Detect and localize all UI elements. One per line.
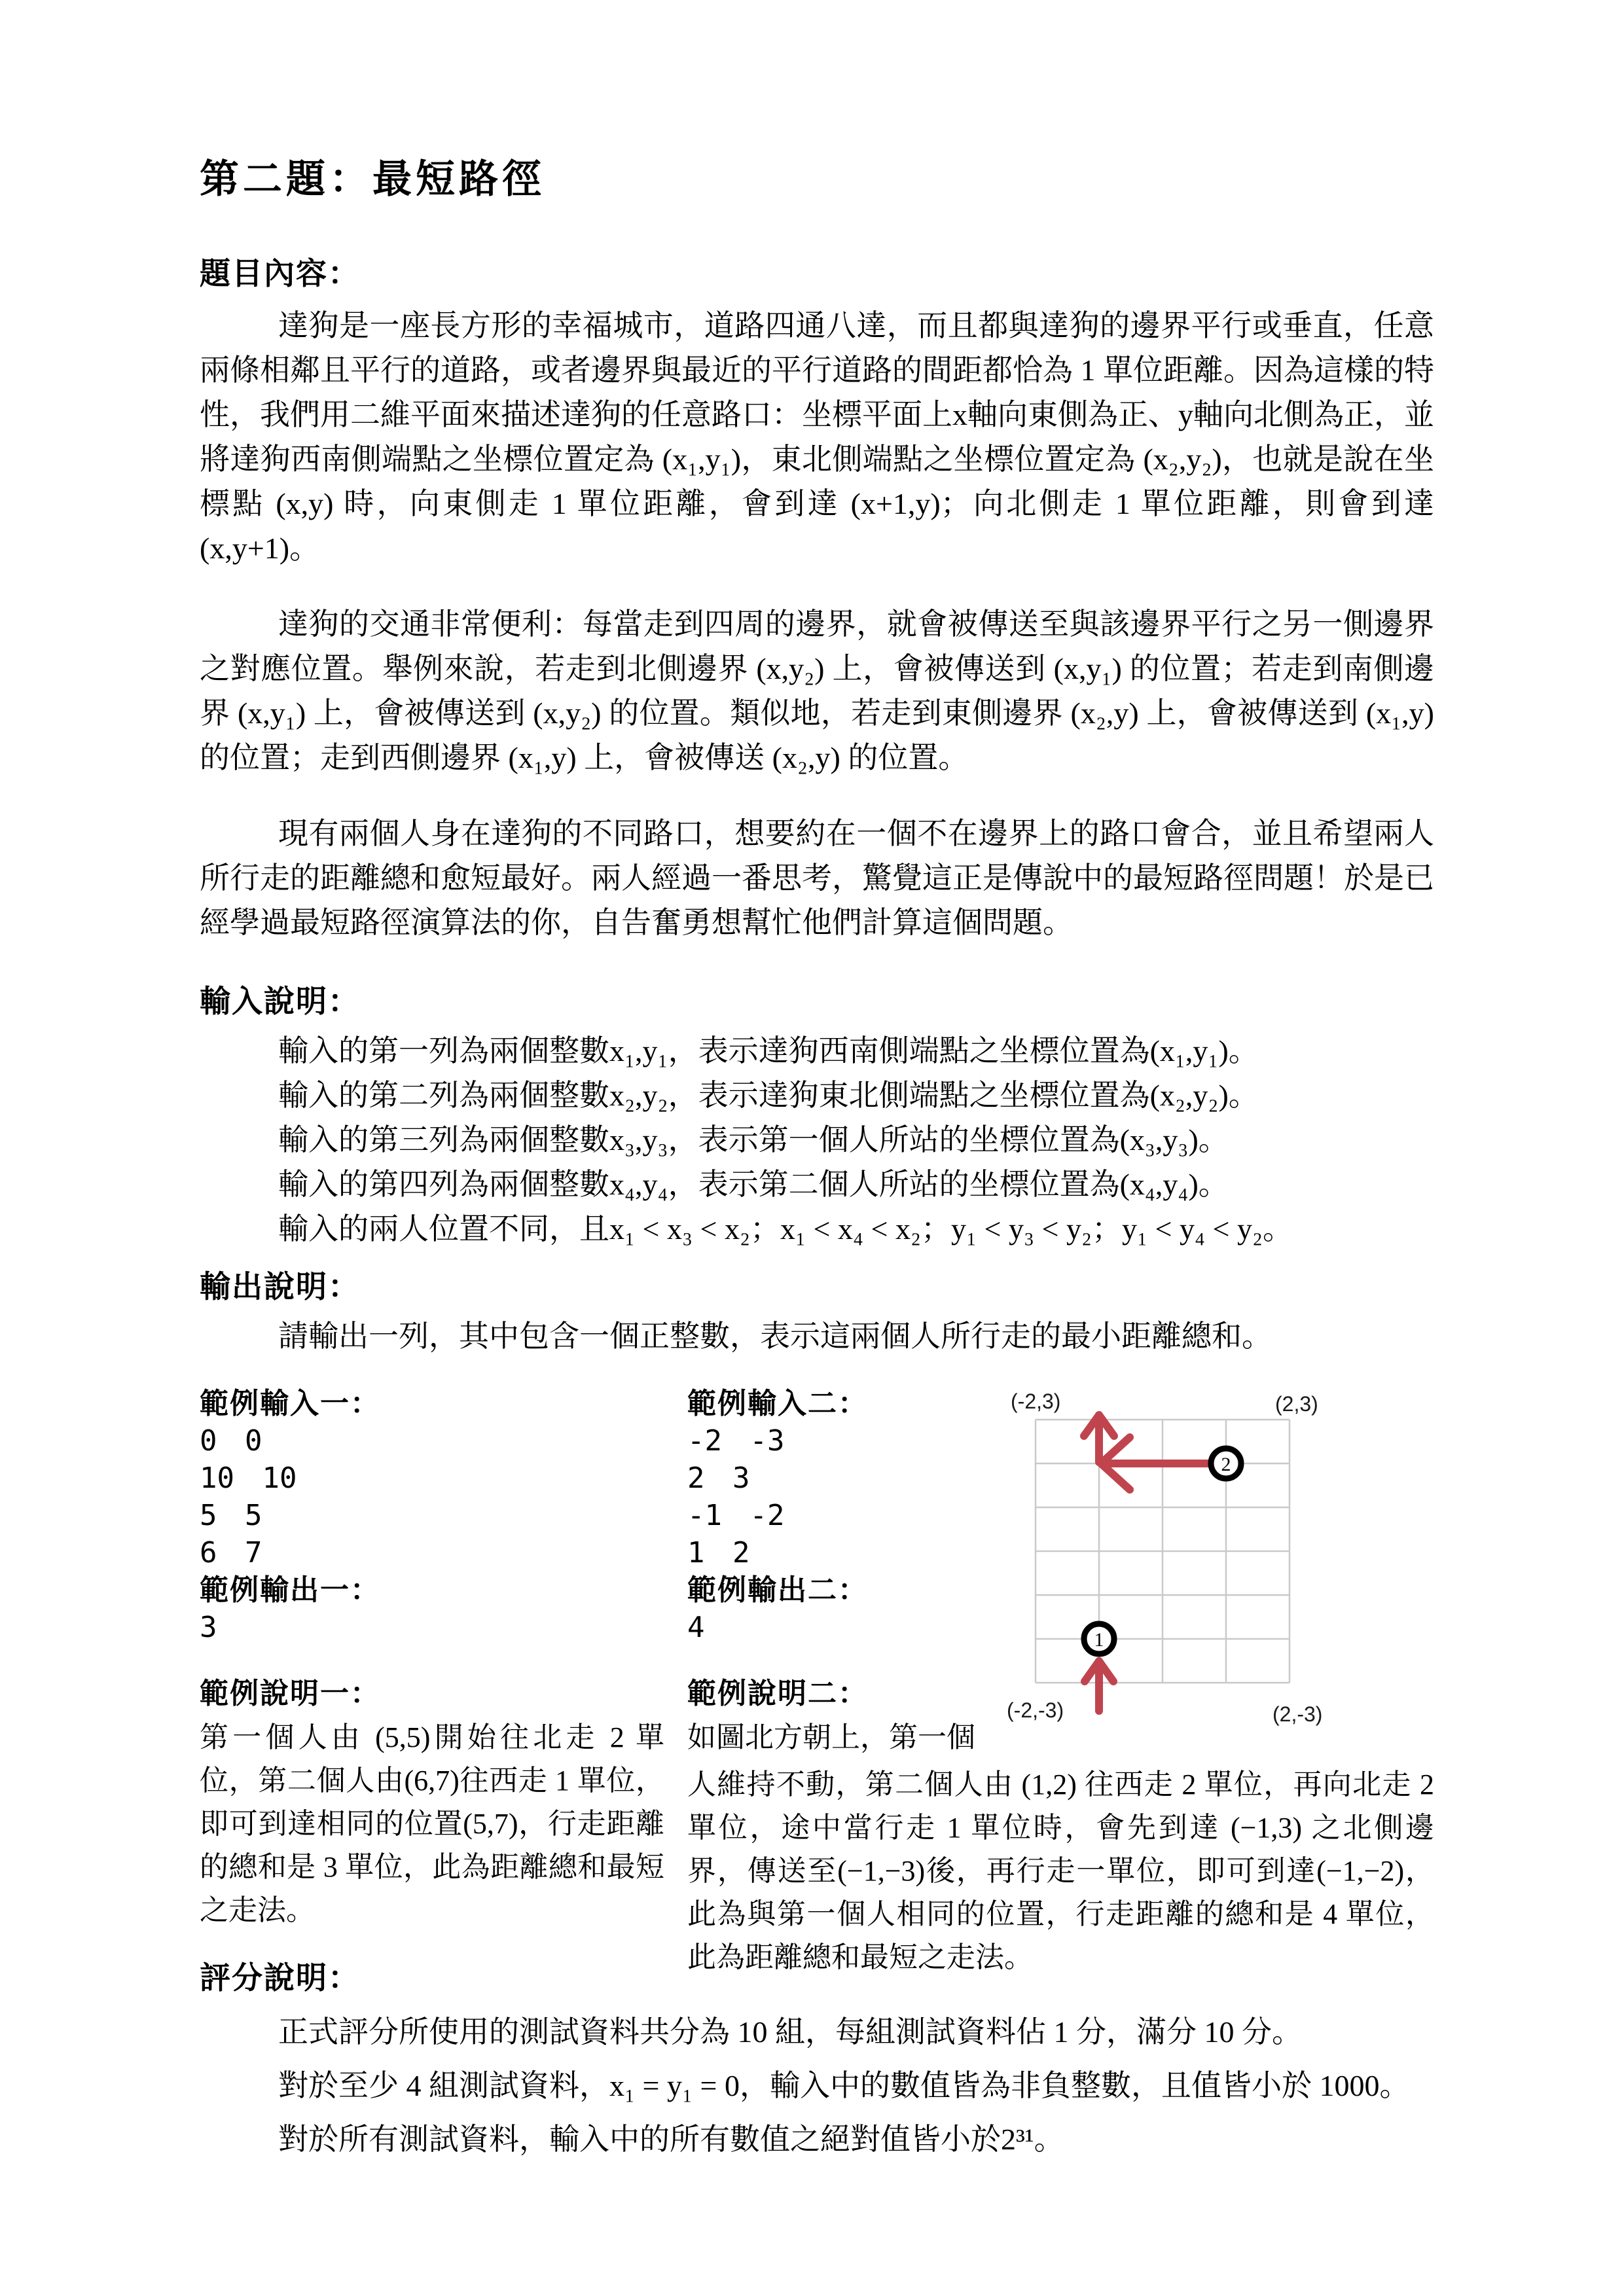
section-heading-output: 輸出說明：: [200, 1267, 1434, 1308]
output-spec-line: 請輸出一列，其中包含一個正整數，表示這兩個人所行走的最小距離總和。: [200, 1314, 1434, 1359]
person-2-marker: 2: [1211, 1448, 1241, 1479]
corner-label-bottom-right: (2,-3): [1272, 1702, 1322, 1726]
problem-paragraph-1: 達狗是一座長方形的幸福城市，道路四通八達，而且都與達狗的邊界平行或垂直，任意兩條…: [200, 304, 1434, 571]
person-1-label: 1: [1094, 1629, 1104, 1651]
corner-label-bottom-left: (-2,-3): [1007, 1698, 1064, 1722]
section-heading-problem: 題目內容：: [200, 254, 1434, 295]
corner-label-top-left: (-2,3): [1011, 1390, 1060, 1413]
scoring-line-3: 對於所有測試資料，輸入中的所有數值之絕對值皆小於2³¹。: [200, 2113, 1434, 2166]
sample-1-output-heading: 範例輸出一：: [200, 1571, 664, 1609]
person-2-label: 2: [1221, 1454, 1231, 1475]
sample-1-explain-heading: 範例說明一：: [200, 1675, 664, 1712]
input-spec-line-3: 輸入的第三列為兩個整數x₃,y₃，表示第一個人所站的坐標位置為(x₃,y₃)。: [200, 1118, 1434, 1162]
section-heading-input: 輸入說明：: [200, 982, 1434, 1022]
sample-1-input-line: 5 5: [200, 1497, 664, 1534]
input-spec-line-4: 輸入的第四列為兩個整數x₄,y₄，表示第二個人所站的坐標位置為(x₄,y₄)。: [200, 1162, 1434, 1207]
south-teleport-arrow: [1085, 1661, 1113, 1711]
sample-1-input-line: 6 7: [200, 1534, 664, 1571]
problem-paragraph-3: 現有兩個人身在達狗的不同路口，想要約在一個不在邊界上的路口會合，並且希望兩人所行…: [200, 812, 1434, 945]
sample-1-input-heading: 範例輸入一：: [200, 1385, 664, 1422]
sample-1-explanation: 第一個人由 (5,5)開始往北走 2 單位，第二個人由(6,7)往西走 1 單位…: [200, 1716, 664, 1932]
sample-1-input-line: 10 10: [200, 1460, 664, 1497]
scoring-line-2: 對於至少 4 組測試資料，x₁ = y₁ = 0，輸入中的數值皆為非負整數，且值…: [200, 2059, 1434, 2113]
grid-lines: [1036, 1420, 1290, 1683]
input-spec-line-2: 輸入的第二列為兩個整數x₂,y₂，表示達狗東北側端點之坐標位置為(x₂,y₂)。: [200, 1073, 1434, 1118]
problem-paragraph-2: 達狗的交通非常便利：每當走到四周的邊界，就會被傳送至與該邊界平行之另一側邊界之對…: [200, 602, 1434, 780]
corner-label-top-right: (2,3): [1275, 1392, 1318, 1416]
sample-2-explanation: 人維持不動，第二個人由 (1,2) 往西走 2 單位，再向北走 2 單位，途中當…: [687, 1763, 1434, 1979]
west-arrow: [1101, 1437, 1209, 1490]
input-spec-line-5: 輸入的兩人位置不同，且x₁ < x₃ < x₂；x₁ < x₄ < x₂；y₁ …: [200, 1207, 1434, 1251]
samples-section: 範例輸入一： 0 0 10 10 5 5 6 7 範例輸出一： 3 範例說明一：…: [200, 1385, 1434, 1948]
sample-1-output-value: 3: [200, 1609, 664, 1646]
sample-1-input-line: 0 0: [200, 1422, 664, 1460]
page-title: 第二題：最短路徑: [200, 156, 1434, 203]
grid-figure: 1 2 (-2,3) (2,3) (-2,-3) (2,-3): [982, 1365, 1348, 1732]
document-page: 第二題：最短路徑 題目內容： 達狗是一座長方形的幸福城市，道路四通八達，而且都與…: [200, 0, 1434, 2166]
scoring-line-1: 正式評分所使用的測試資料共分為 10 組，每組測試資料佔 1 分，滿分 10 分…: [200, 2005, 1434, 2059]
person-1-marker: 1: [1084, 1624, 1114, 1654]
sample-1-column: 範例輸入一： 0 0 10 10 5 5 6 7 範例輸出一： 3 範例說明一：…: [200, 1385, 664, 1932]
input-spec-line-1: 輸入的第一列為兩個整數x₁,y₁，表示達狗西南側端點之坐標位置為(x₁,y₁)。: [200, 1029, 1434, 1073]
path-arrows: [1084, 1415, 1209, 1711]
